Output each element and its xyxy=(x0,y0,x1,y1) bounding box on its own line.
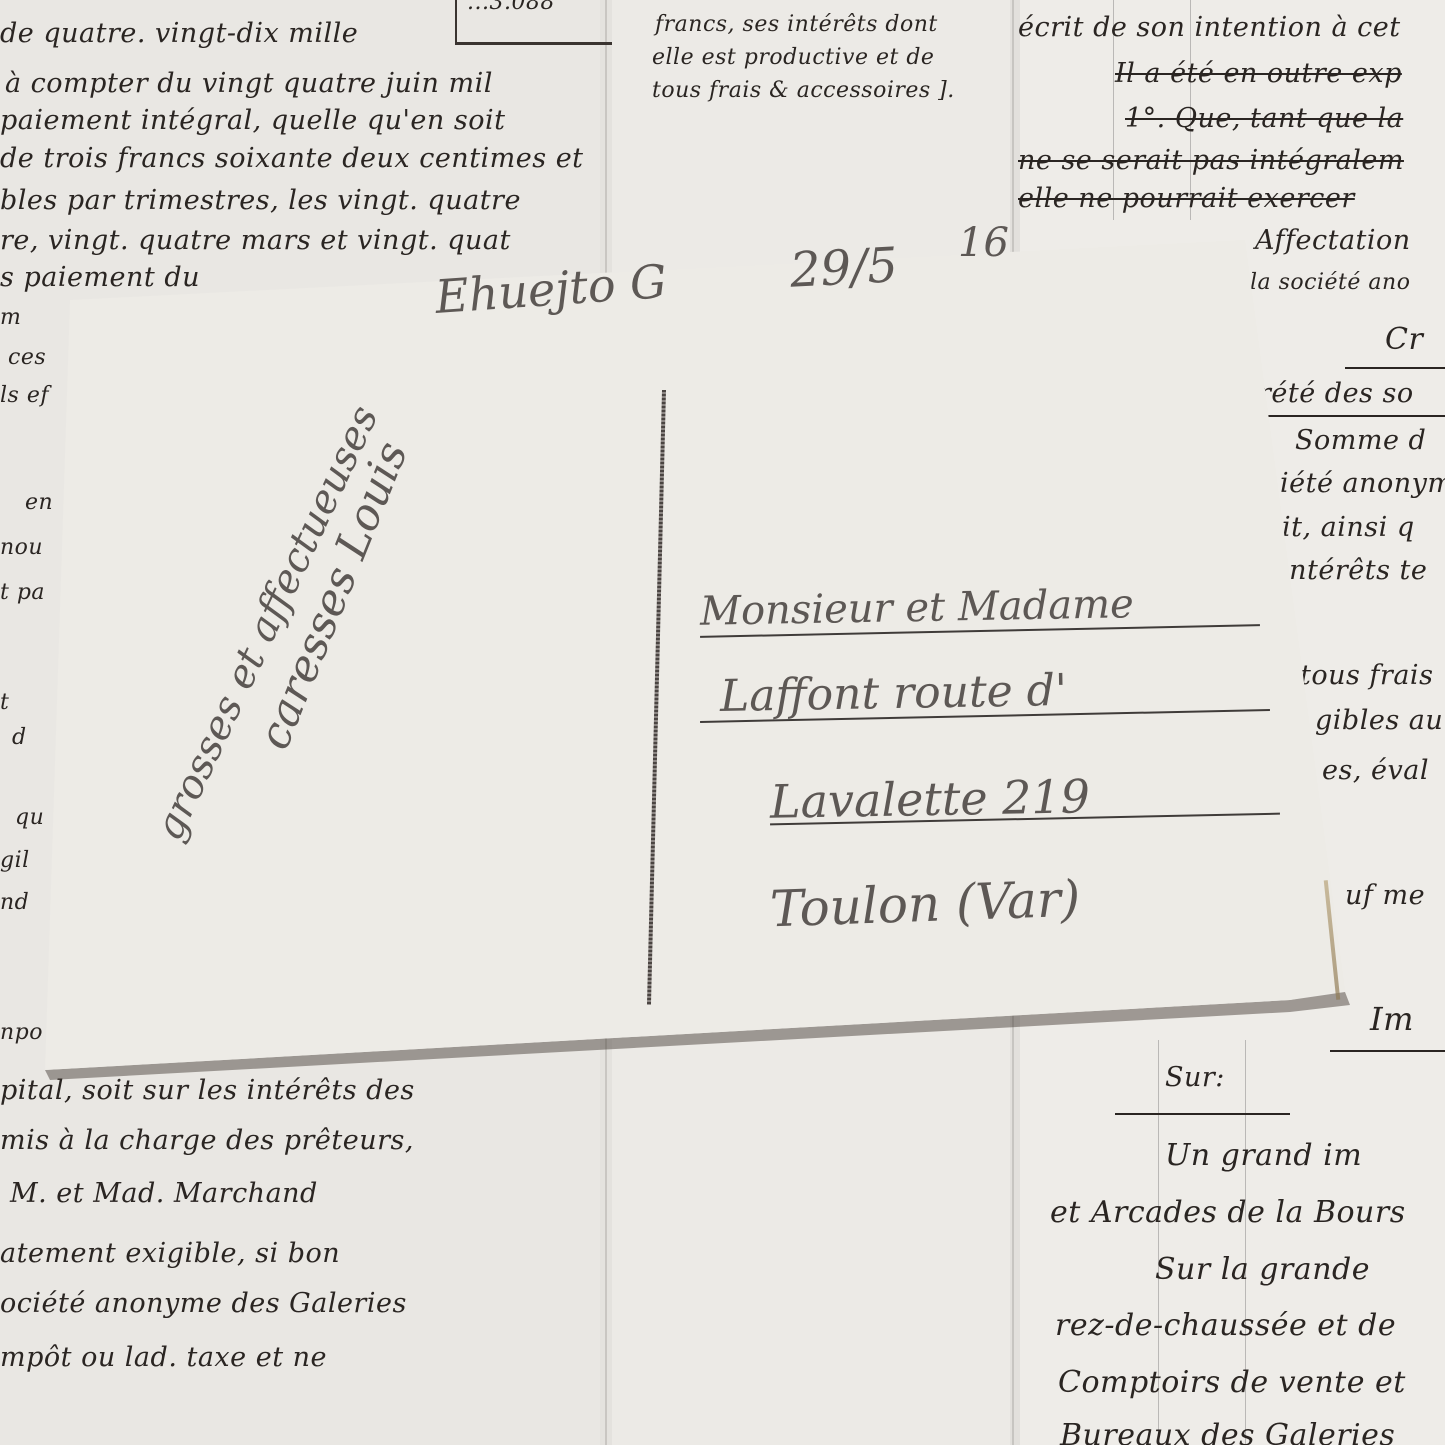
doc-fragment: nou xyxy=(0,535,43,560)
doc-line: es, éval xyxy=(1322,755,1429,786)
doc-line: Affectation xyxy=(1255,225,1411,256)
doc-line: elle est productive et de xyxy=(652,45,934,70)
doc-line: intérêts te xyxy=(1280,555,1427,586)
doc-line: tous frais xyxy=(1300,660,1433,691)
document-box: ...3.088" xyxy=(455,0,612,45)
doc-fragment: t xyxy=(0,690,9,715)
doc-line: mis à la charge des prêteurs, xyxy=(0,1125,414,1156)
doc-fragment: qu xyxy=(15,805,44,830)
doc-line: s paiement du xyxy=(0,262,200,293)
doc-line: mpôt ou lad. taxe et ne xyxy=(0,1342,327,1373)
doc-fragment: ls ef xyxy=(0,383,49,408)
doc-line: ociété anonyme des Galeries xyxy=(0,1288,407,1319)
doc-line: M. et Mad. Marchand xyxy=(10,1178,318,1209)
doc-line: bles par trimestres, les vingt. quatre xyxy=(0,185,521,216)
doc-line: atement exigible, si bon xyxy=(0,1238,340,1269)
box-text: ...3.088" xyxy=(467,0,566,15)
doc-line: Comptoirs de vente et xyxy=(1058,1365,1406,1400)
doc-heading: Cr xyxy=(1385,322,1423,357)
doc-line: rété des so xyxy=(1258,378,1414,409)
doc-line: pital, soit sur les intérêts des xyxy=(0,1075,415,1106)
doc-fragment: npo xyxy=(0,1020,43,1045)
doc-line: Un grand im xyxy=(1165,1138,1362,1173)
heading-underline xyxy=(1115,1113,1290,1115)
doc-fragment: gil xyxy=(0,848,30,873)
doc-line: it, ainsi q xyxy=(1282,512,1415,543)
doc-line: écrit de son intention à cet xyxy=(1018,12,1401,43)
doc-line: re, vingt. quatre mars et vingt. quat xyxy=(0,225,511,256)
doc-fragment: en xyxy=(25,490,53,515)
doc-line-struck: 1°. Que, tant que la xyxy=(1125,103,1403,134)
doc-line: de quatre. vingt-dix mille xyxy=(0,18,358,49)
doc-line: de trois francs soixante deux centimes e… xyxy=(0,143,584,174)
doc-line: paiement intégral, quelle qu'en soit xyxy=(0,105,505,136)
doc-line: rez-de-chaussée et de xyxy=(1055,1308,1396,1343)
paper-fold xyxy=(1012,0,1014,1445)
doc-line: francs, ses intérêts dont xyxy=(655,12,938,37)
doc-line: gibles au xyxy=(1315,705,1443,736)
doc-fragment: m xyxy=(0,305,21,330)
doc-line: tous frais & accessoires ]. xyxy=(652,78,955,103)
doc-heading: Sur: xyxy=(1165,1062,1225,1093)
paper-fold xyxy=(605,0,607,1445)
doc-fragment: t pa xyxy=(0,580,45,605)
doc-fragment: ces xyxy=(8,345,46,370)
doc-line-struck: Il a été en outre exp xyxy=(1115,58,1402,89)
heading-underline xyxy=(1330,1050,1445,1052)
doc-line-struck: ne se serait pas intégralem xyxy=(1018,145,1404,176)
doc-heading: Im xyxy=(1370,1000,1414,1038)
doc-fragment: d xyxy=(12,725,27,750)
doc-line: la société ano xyxy=(1250,270,1410,295)
heading-underline xyxy=(1345,367,1445,369)
doc-line-struck: elle ne pourrait exercer xyxy=(1018,183,1355,214)
doc-fragment: nd xyxy=(0,890,29,915)
doc-line: Sur la grande xyxy=(1155,1252,1370,1287)
doc-line: uf me xyxy=(1345,880,1425,911)
doc-line: iété anonym xyxy=(1280,468,1445,499)
heading-underline xyxy=(1265,415,1445,417)
doc-line: Bureaux des Galeries xyxy=(1060,1418,1395,1445)
doc-line: et Arcades de la Bours xyxy=(1050,1195,1406,1230)
doc-line: Somme d xyxy=(1295,425,1426,456)
doc-line: à compter du vingt quatre juin mil xyxy=(5,68,493,99)
